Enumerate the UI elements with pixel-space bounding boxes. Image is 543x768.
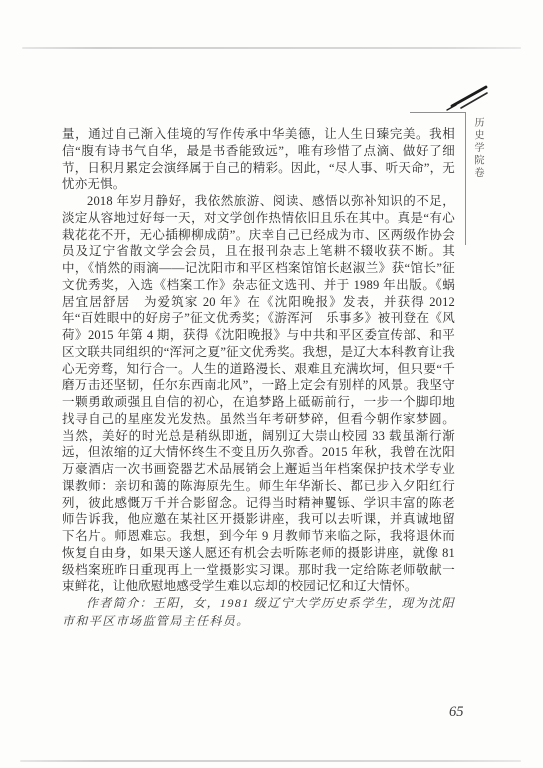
- pen-icon: [441, 82, 489, 112]
- body-text: 量，通过自己渐入佳境的写作传承中华美德，让人生日臻完美。我相信“腹有诗书气自华，…: [62, 126, 455, 630]
- author-bio: 作者简介：王阳，女，1981 级辽宁大学历史系学生，现为沈阳市和平区市场监管局主…: [62, 595, 455, 630]
- edition-sidebar-label: 历史学院卷: [470, 117, 485, 180]
- page-number: 65: [449, 704, 464, 721]
- page-bottom-edge: [20, 760, 521, 762]
- sidebar-rule-horizontal: [410, 112, 466, 113]
- book-page: 历史学院卷 量，通过自己渐入佳境的写作传承中华美德，让人生日臻完美。我相信“腹有…: [0, 0, 543, 768]
- paragraph-main: 2018 年岁月静好，我依然旅游、阅读、感悟以弥补知识的不足，淡定从容地过好每一…: [62, 193, 455, 595]
- page-top-edge: [22, 47, 521, 49]
- sidebar-rule-vertical: [465, 112, 466, 245]
- paragraph-continuation: 量，通过自己渐入佳境的写作传承中华美德，让人生日臻完美。我相信“腹有诗书气自华，…: [62, 126, 455, 193]
